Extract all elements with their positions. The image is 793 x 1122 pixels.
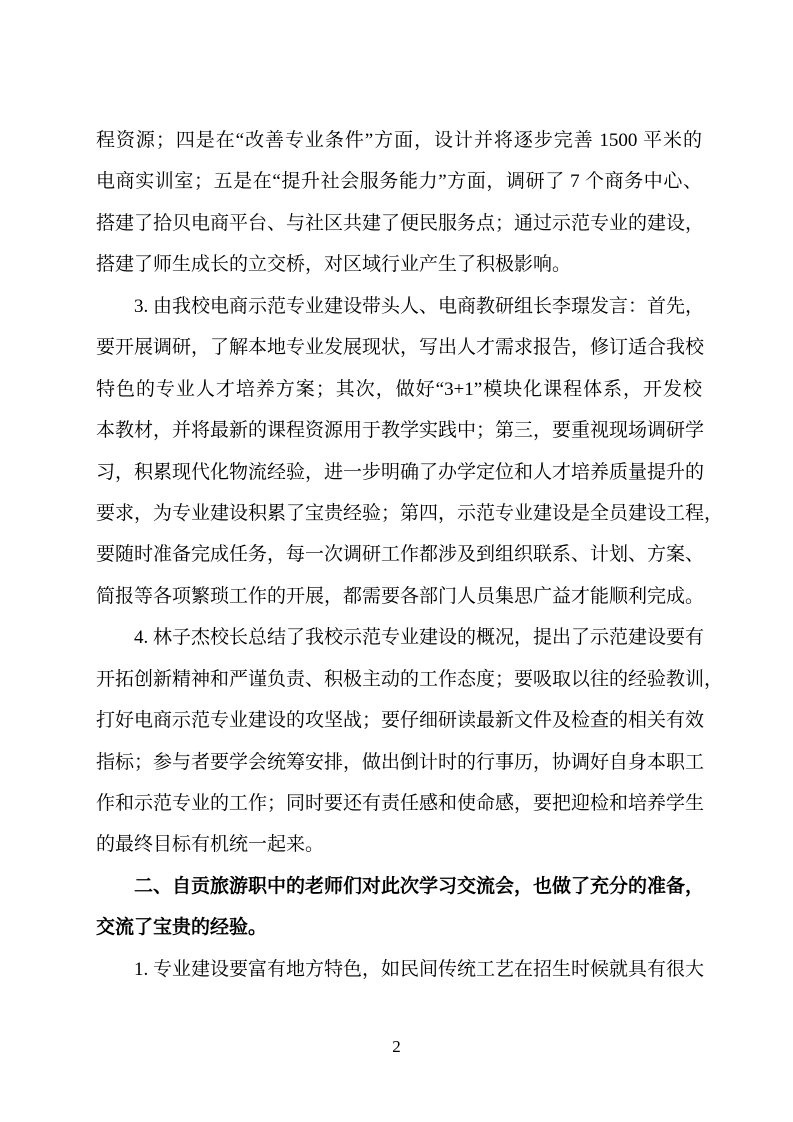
text-line: 开拓创新精神和严谨负责、积极主动的工作态度；要吸取以往的经验教训， [96,659,702,700]
page-footer: 2 [0,1036,793,1058]
text-line: 电商实训室；五是在“提升社会服务能力”方面，调研了 7 个商务中心、 [96,161,702,202]
para-5-item1: 1. 专业建设要富有地方特色，如民间传统工艺在招生时候就具有很大 [96,949,702,990]
text-line: 简报等各项繁琐工作的开展，都需要各部门人员集思广益才能顺利完成。 [96,576,702,617]
text-line: 本教材，并将最新的课程资源用于教学实践中；第三，要重视现场调研学 [96,410,702,451]
text-line: 指标；参与者要学会统筹安排，做出倒计时的行事历，协调好自身本职工 [96,742,702,783]
text-line: 习，积累现代化物流经验，进一步明确了办学定位和人才培养质量提升的 [96,452,702,493]
text-line: 要开展调研，了解本地专业发展现状，写出人才需求报告，修订适合我校 [96,327,702,368]
text-line: 作和示范专业的工作；同时要还有责任感和使命感，要把迎检和培养学生 [96,783,702,824]
para-1-continuation: 程资源；四是在“改善专业条件”方面，设计并将逐步完善 1500 平米的电商实训室… [96,120,702,286]
text-line: 1. 专业建设要富有地方特色，如民间传统工艺在招生时候就具有很大 [96,949,702,990]
text-line: 程资源；四是在“改善专业条件”方面，设计并将逐步完善 1500 平米的 [96,120,702,161]
text-line: 搭建了师生成长的立交桥，对区域行业产生了积极影响。 [96,244,702,285]
text-line: 搭建了拾贝电商平台、与社区共建了便民服务点；通过示范专业的建设， [96,203,702,244]
para-2-item3: 3. 由我校电商示范专业建设带头人、电商教研组长李璟发言：首先，要开展调研，了解… [96,286,702,618]
text-line: 打好电商示范专业建设的攻坚战；要仔细研读最新文件及检查的相关有效 [96,700,702,741]
para-3-item4: 4. 林子杰校长总结了我校示范专业建设的概况，提出了示范建设要有开拓创新精神和严… [96,617,702,866]
text-line: 要求，为专业建设积累了宝贵经验；第四，示范专业建设是全员建设工程， [96,493,702,534]
text-line: 4. 林子杰校长总结了我校示范专业建设的概况，提出了示范建设要有 [96,617,702,658]
para-4-section-heading: 二、自贡旅游职中的老师们对此次学习交流会，也做了充分的准备，交流了宝贵的经验。 [96,866,702,949]
text-line: 二、自贡旅游职中的老师们对此次学习交流会，也做了充分的准备， [96,866,702,907]
text-line: 的最终目标有机统一起来。 [96,824,702,865]
document-body-text: 程资源；四是在“改善专业条件”方面，设计并将逐步完善 1500 平米的电商实训室… [96,120,702,990]
document-page: { "document": { "page_number": "2", "par… [0,0,793,1122]
text-line: 3. 由我校电商示范专业建设带头人、电商教研组长李璟发言：首先， [96,286,702,327]
text-line: 要随时准备完成任务，每一次调研工作都涉及到组织联系、计划、方案、 [96,534,702,575]
text-line: 交流了宝贵的经验。 [96,907,702,948]
page-number: 2 [392,1037,401,1056]
text-line: 特色的专业人才培养方案；其次，做好“3+1”模块化课程体系，开发校 [96,369,702,410]
